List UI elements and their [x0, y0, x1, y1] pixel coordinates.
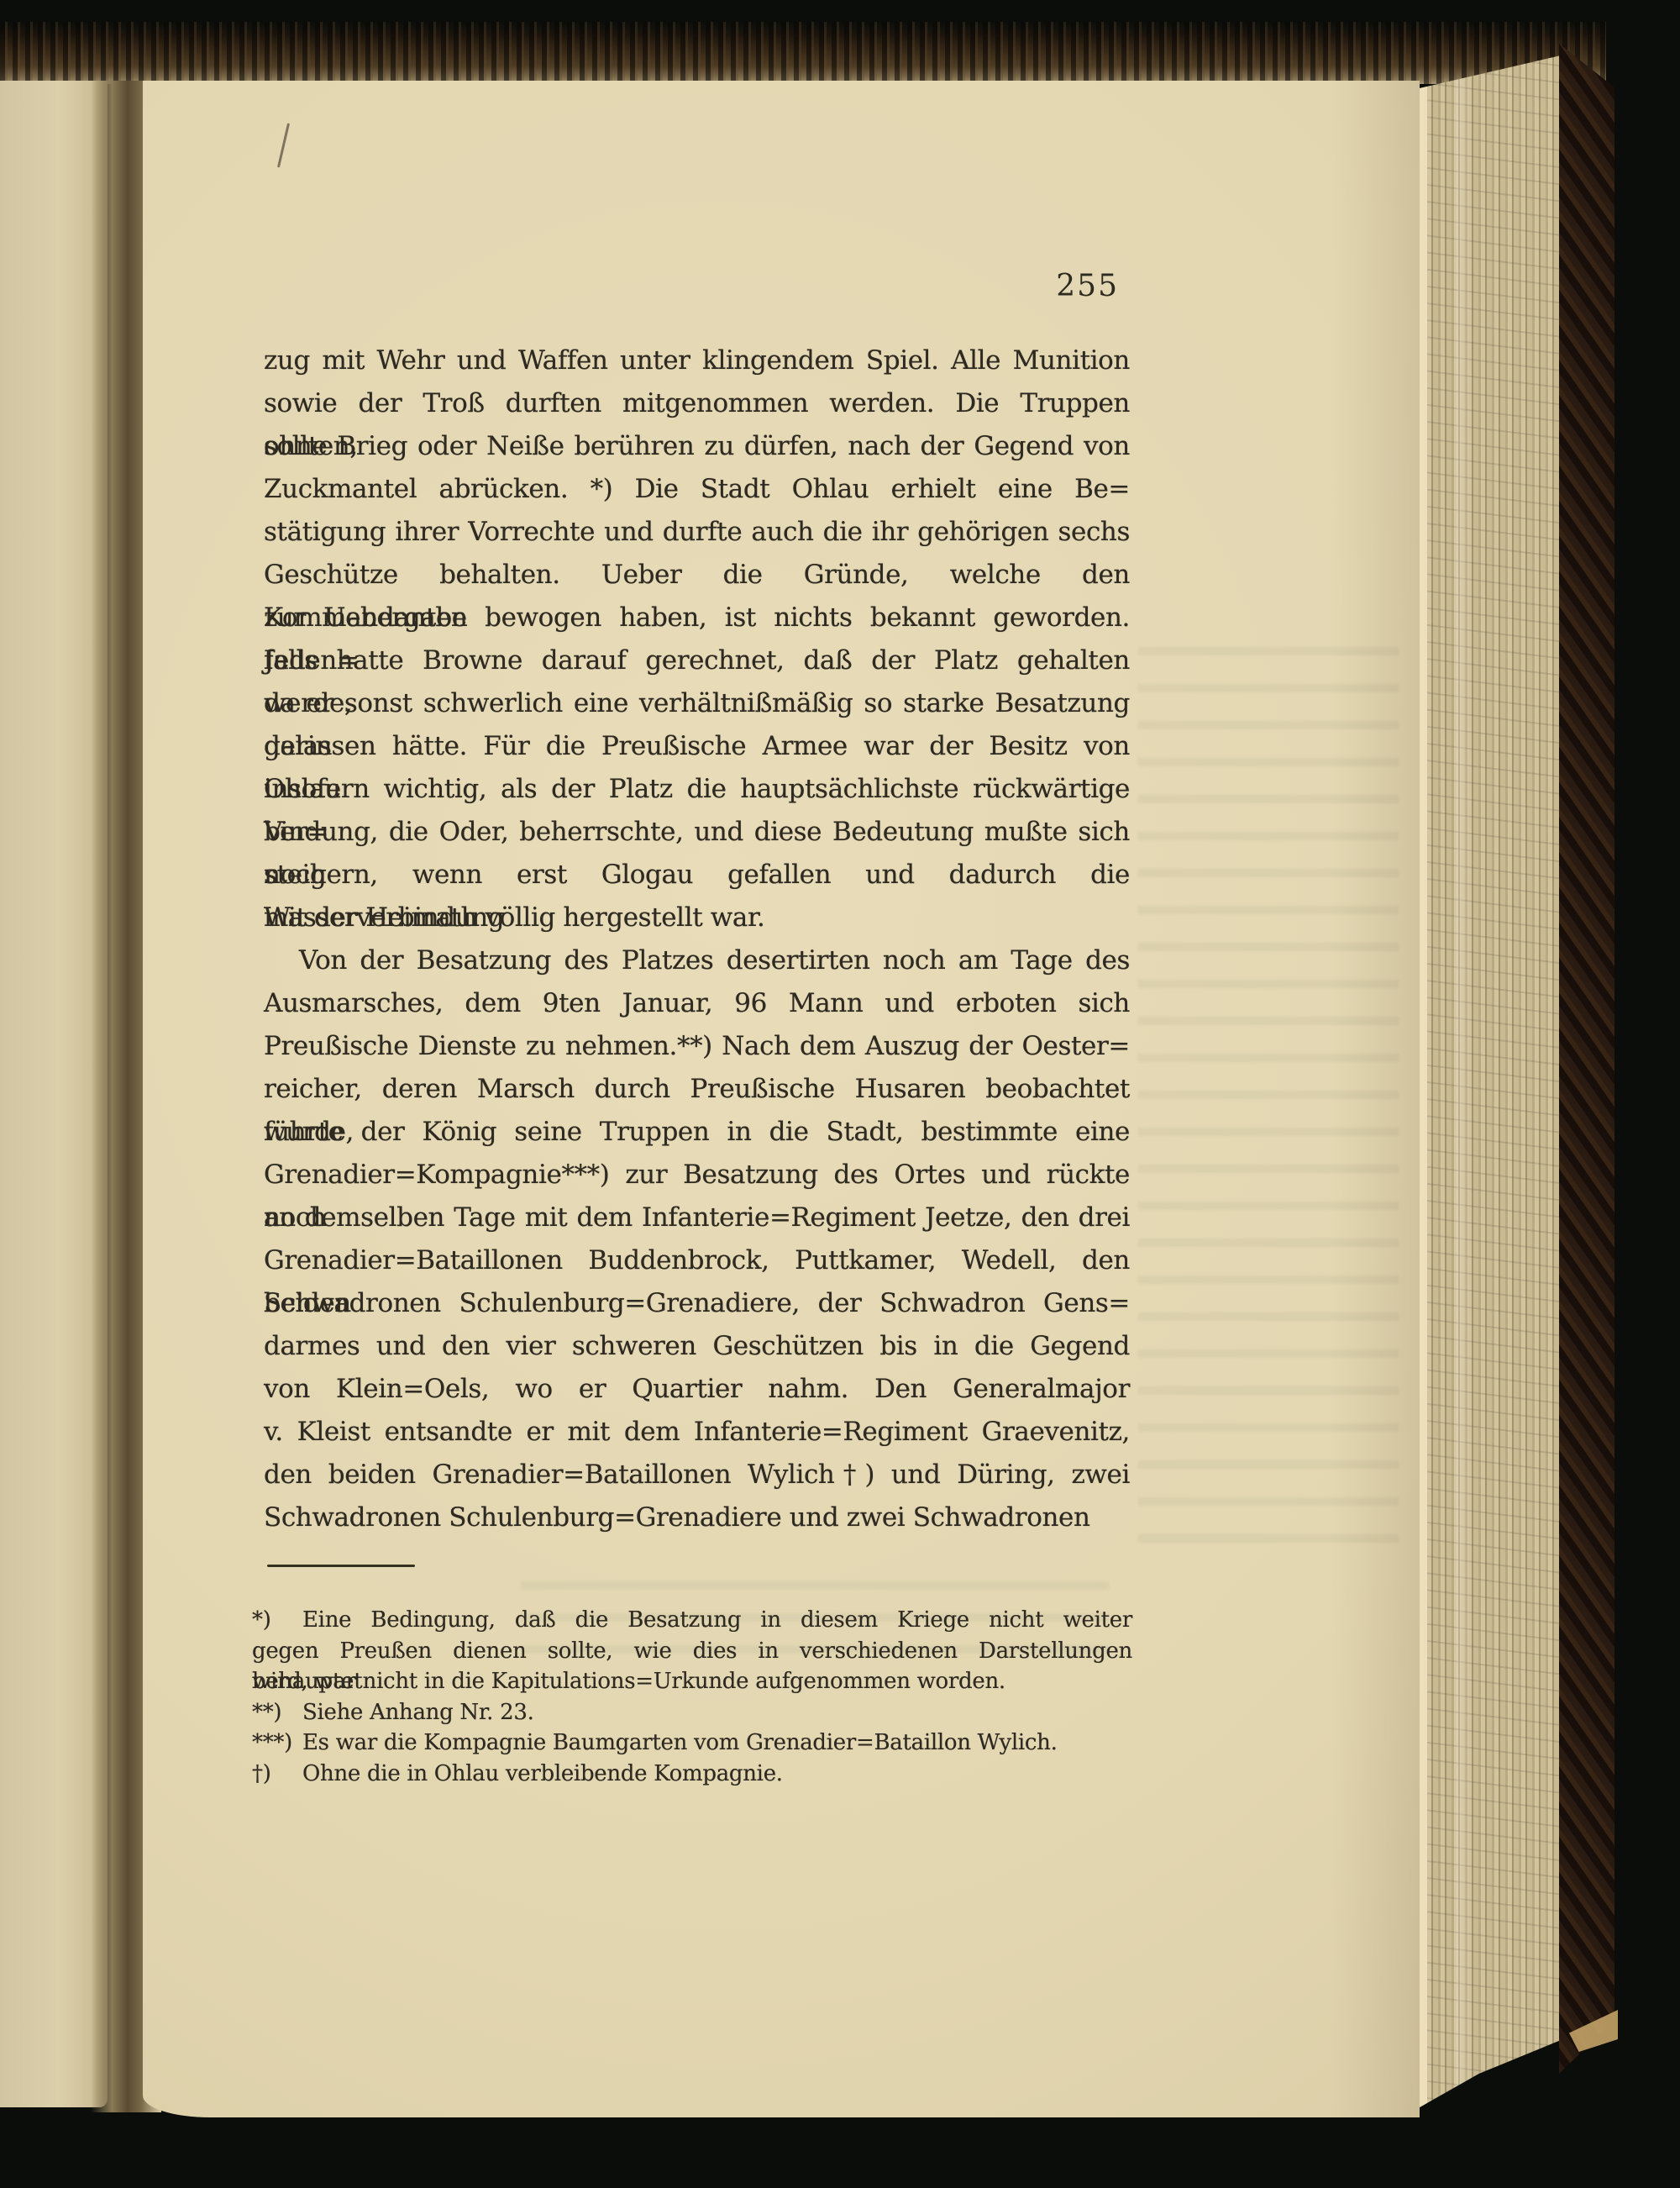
text-line: an demselben Tage mit dem Infanterie=Reg… [264, 1197, 1130, 1239]
text-line: Grenadier=Bataillonen Buddenbrock, Puttk… [264, 1239, 1130, 1282]
text-line: da er sonst schwerlich eine verhältnißmä… [264, 682, 1130, 725]
text-line: v. Kleist entsandte er mit dem Infanteri… [264, 1411, 1130, 1454]
text-line: sowie der Troß durften mitgenommen werde… [264, 382, 1130, 425]
footnote-marker: ***) [252, 1728, 296, 1759]
text-line: Von der Besatzung des Platzes desertirte… [264, 939, 1130, 982]
footnote-line: *)Eine Bedingung, daß die Besatzung in d… [252, 1605, 1132, 1636]
text-line: Geschütze behalten. Ueber die Gründe, we… [264, 554, 1130, 597]
body-text: zug mit Wehr und Waffen unter klingendem… [252, 339, 1130, 1539]
text-line: Ausmarsches, dem 9ten Januar, 96 Mann un… [264, 982, 1130, 1025]
footnote-marker: †) [252, 1759, 296, 1790]
text-line: mit der Heimath völlig hergestellt war. [264, 897, 1130, 939]
book-top-edge [0, 22, 1606, 84]
text-line: Zuckmantel abrücken. *) Die Stadt Ohlau … [264, 468, 1130, 511]
footnotes: *)Eine Bedingung, daß die Besatzung in d… [252, 1605, 1132, 1789]
footnote-marker: *) [252, 1605, 296, 1636]
footnote-line: †)Ohne die in Ohlau verbleibende Kompagn… [252, 1759, 1132, 1790]
fore-edge-pages [1420, 50, 1561, 2113]
page-number: 255 [252, 269, 1119, 303]
text-line: Grenadier=Kompagnie***) zur Besatzung de… [264, 1154, 1130, 1197]
text-line: zug mit Wehr und Waffen unter klingendem… [264, 339, 1130, 382]
footnote-line: ***)Es war die Kompagnie Baumgarten vom … [252, 1728, 1132, 1759]
footnote-line: gegen Preußen dienen sollte, wie dies in… [252, 1636, 1132, 1667]
footnote-line: **)Siehe Anhang Nr. 23. [252, 1697, 1132, 1728]
book-cover-edge [1559, 44, 1614, 2074]
text-line: ohne Brieg oder Neiße berühren zu dürfen… [264, 425, 1130, 468]
text-line: insofern wichtig, als der Platz die haup… [264, 768, 1130, 811]
book-photo: 255 zug mit Wehr und Waffen unter klinge… [0, 0, 1680, 2188]
footnote-line: wird, war nicht in die Kapitulations=Urk… [252, 1666, 1132, 1697]
text-line: Schwadronen Schulenburg=Grenadiere, der … [264, 1282, 1130, 1325]
footnote-marker: **) [252, 1697, 296, 1728]
text-line: führte der König seine Truppen in die St… [264, 1111, 1130, 1154]
text-line: steigern, wenn erst Glogau gefallen und … [264, 854, 1130, 897]
text-line: reicher, deren Marsch durch Preußische H… [264, 1068, 1130, 1111]
text-line: darmes und den vier schweren Geschützen … [264, 1325, 1130, 1368]
text-line: den beiden Grenadier=Bataillonen Wylich†… [264, 1454, 1130, 1496]
text-line: falls hatte Browne darauf gerechnet, daß… [264, 639, 1130, 682]
text-line: von Klein=Oels, wo er Quartier nahm. Den… [264, 1368, 1130, 1411]
text-line: Schwadronen Schulenburg=Grenadiere und z… [264, 1496, 1130, 1539]
text-line: Preußische Dienste zu nehmen.**) Nach de… [264, 1025, 1130, 1068]
text-line: gelassen hätte. Für die Preußische Armee… [264, 725, 1130, 768]
text-line: bindung, die Oder, beherrschte, und dies… [264, 811, 1130, 854]
text-line: zur Uebergabe bewogen haben, ist nichts … [264, 597, 1130, 639]
footnote-rule [267, 1565, 415, 1567]
text-line: stätigung ihrer Vorrechte und durfte auc… [264, 511, 1130, 554]
